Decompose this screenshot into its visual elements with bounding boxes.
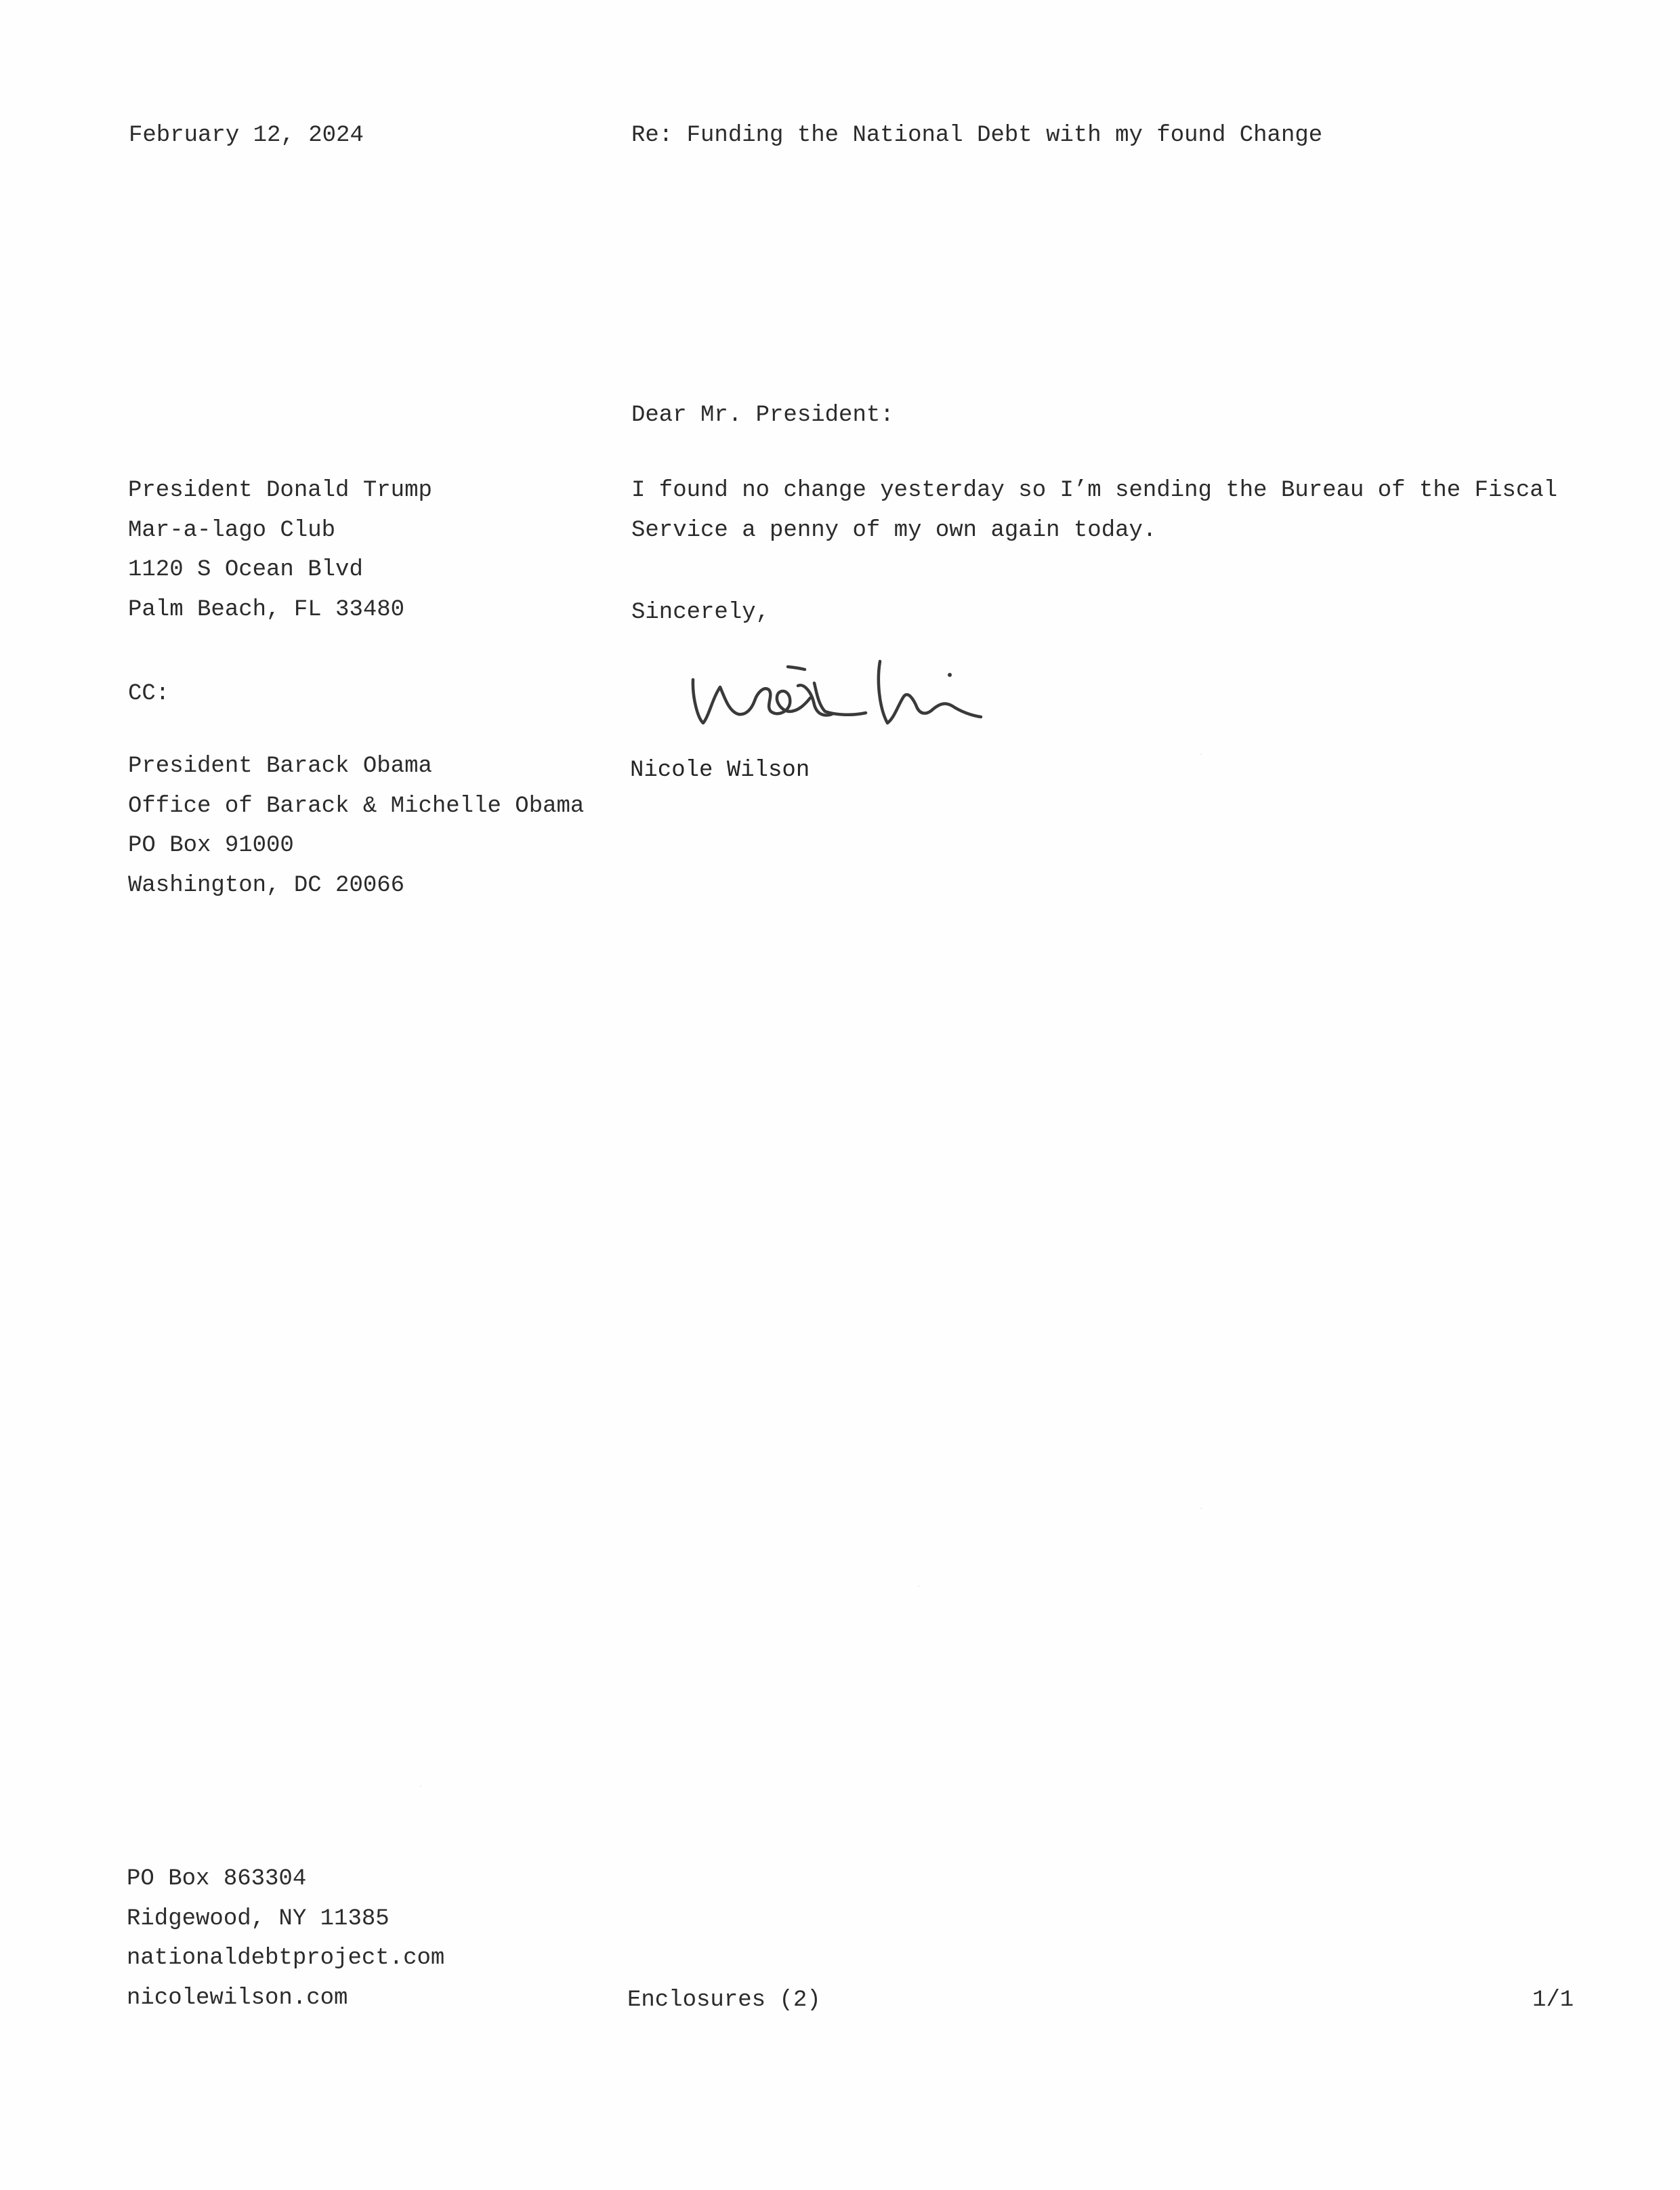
recipient-line: 1120 S Ocean Blvd	[128, 550, 432, 590]
cc-line: President Barack Obama	[128, 747, 584, 787]
salutation: Dear Mr. President:	[631, 402, 894, 429]
scan-speck	[918, 1586, 919, 1587]
scan-speck	[1200, 1508, 1202, 1509]
recipient-address: President Donald Trump Mar-a-lago Club 1…	[128, 471, 432, 630]
recipient-line: Palm Beach, FL 33480	[128, 590, 432, 630]
cc-address: President Barack Obama Office of Barack …	[128, 747, 584, 906]
sender-footer: PO Box 863304 Ridgewood, NY 11385 nation…	[127, 1859, 444, 2019]
letter-body: I found no change yesterday so I’m sendi…	[631, 471, 1557, 550]
cc-line: Washington, DC 20066	[128, 866, 584, 906]
handwritten-signature-icon	[650, 644, 1057, 739]
signer-name: Nicole Wilson	[630, 757, 810, 784]
enclosures-note: Enclosures (2)	[627, 1987, 821, 2014]
letter-subject: Re: Funding the National Debt with my fo…	[631, 122, 1322, 149]
recipient-line: President Donald Trump	[128, 471, 432, 511]
sender-line: Ridgewood, NY 11385	[127, 1899, 444, 1939]
cc-line: Office of Barack & Michelle Obama	[128, 787, 584, 827]
letter-date: February 12, 2024	[129, 122, 364, 149]
body-line: Service a penny of my own again today.	[631, 511, 1557, 551]
closing: Sincerely,	[631, 599, 770, 626]
scan-speck	[420, 1785, 421, 1787]
scan-speck	[1200, 753, 1202, 755]
body-line: I found no change yesterday so I’m sendi…	[631, 471, 1557, 511]
sender-line: PO Box 863304	[127, 1859, 444, 1899]
cc-label: CC:	[128, 680, 169, 707]
recipient-line: Mar-a-lago Club	[128, 511, 432, 551]
page-number: 1/1	[1532, 1987, 1574, 2014]
letter-page: February 12, 2024 Re: Funding the Nation…	[0, 0, 1680, 2190]
cc-line: PO Box 91000	[128, 826, 584, 866]
sender-website-link[interactable]: nationaldebtproject.com	[127, 1939, 444, 1979]
sender-website-link[interactable]: nicolewilson.com	[127, 1979, 444, 2019]
